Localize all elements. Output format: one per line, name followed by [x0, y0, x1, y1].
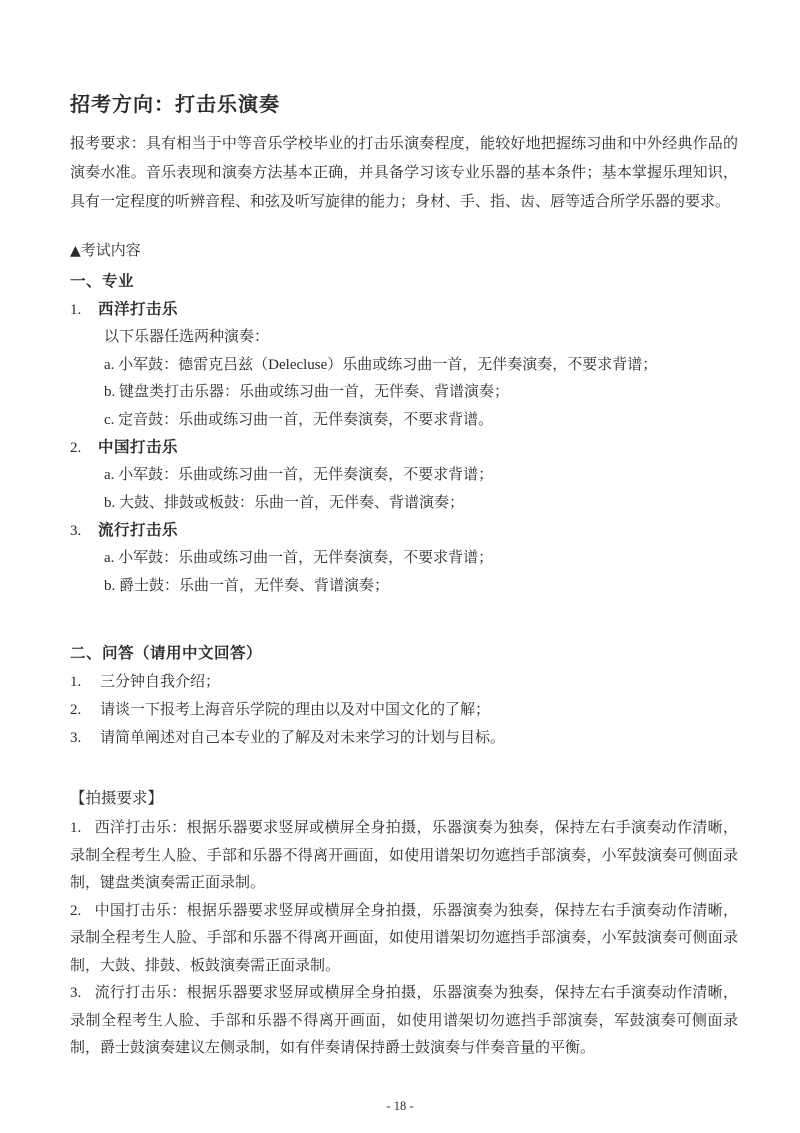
- subsection-title: 中国打击乐: [98, 439, 178, 456]
- exam-item: b. 大鼓、排鼓或板鼓：乐曲一首，无伴奏、背谱演奏；: [70, 490, 738, 518]
- qa-item: 3.请简单阐述对自己本专业的了解及对未来学习的计划与目标。: [70, 724, 738, 752]
- subsection-title: 西洋打击乐: [98, 301, 178, 318]
- qa-section-heading: 二、问答（请用中文回答）: [70, 639, 738, 668]
- shooting-requirements-heading: 【拍摄要求】: [70, 785, 738, 813]
- qa-item: 1.三分钟自我介绍；: [70, 668, 738, 696]
- paragraph-text: 流行打击乐：根据乐器要求竖屏或横屏全身拍摄，乐器演奏为独奏，保持左右手演奏动作清…: [70, 985, 738, 1056]
- subsection-pop-percussion: 3.流行打击乐 a. 小军鼓：乐曲或练习曲一首，无伴奏演奏，不要求背谱； b. …: [70, 517, 738, 600]
- subsection-number: 3.: [70, 517, 98, 545]
- subsection-heading: 2.中国打击乐: [70, 434, 738, 462]
- qa-item-number: 1.: [70, 668, 100, 696]
- subsection-number: 2.: [70, 434, 98, 462]
- exam-item: b. 键盘类打击乐器：乐曲或练习曲一首，无伴奏、背谱演奏；: [70, 379, 738, 407]
- shooting-paragraph-pop: 3.流行打击乐：根据乐器要求竖屏或横屏全身拍摄，乐器演奏为独奏，保持左右手演奏动…: [70, 980, 738, 1063]
- qa-item-number: 3.: [70, 724, 100, 752]
- paragraph-text: 中国打击乐：根据乐器要求竖屏或横屏全身拍摄，乐器演奏为独奏，保持左右手演奏动作清…: [70, 903, 738, 974]
- shooting-paragraph-chinese: 2.中国打击乐：根据乐器要求竖屏或横屏全身拍摄，乐器演奏为独奏，保持左右手演奏动…: [70, 898, 738, 981]
- paragraph-number: 3.: [70, 985, 81, 1001]
- subsection-chinese-percussion: 2.中国打击乐 a. 小军鼓：乐曲或练习曲一首，无伴奏演奏，不要求背谱； b. …: [70, 434, 738, 517]
- section-qa: 二、问答（请用中文回答） 1.三分钟自我介绍； 2.请谈一下报考上海音乐学院的理…: [70, 639, 738, 752]
- page-title: 招考方向：打击乐演奏: [70, 92, 738, 118]
- shooting-paragraph-western: 1.西洋打击乐：根据乐器要求竖屏或横屏全身拍摄，乐器演奏为独奏，保持左右手演奏动…: [70, 815, 738, 898]
- section-shooting-requirements: 【拍摄要求】 1.西洋打击乐：根据乐器要求竖屏或横屏全身拍摄，乐器演奏为独奏，保…: [70, 785, 738, 1063]
- admission-requirements-paragraph: 报考要求：具有相当于中等音乐学校毕业的打击乐演奏程度，能较好地把握练习曲和中外经…: [70, 130, 738, 217]
- qa-item-text: 三分钟自我介绍；: [100, 668, 220, 696]
- exam-item: a. 小军鼓：德雷克吕兹（Delecluse）乐曲或练习曲一首，无伴奏演奏，不要…: [70, 352, 738, 380]
- paragraph-text: 西洋打击乐：根据乐器要求竖屏或横屏全身拍摄，乐器演奏为独奏，保持左右手演奏动作清…: [70, 820, 738, 891]
- triangle-icon: ▲: [70, 243, 81, 259]
- exam-item: a. 小军鼓：乐曲或练习曲一首，无伴奏演奏，不要求背谱；: [70, 462, 738, 490]
- exam-item: a. 小军鼓：乐曲或练习曲一首，无伴奏演奏，不要求背谱；: [70, 545, 738, 573]
- qa-item-text: 请简单阐述对自己本专业的了解及对未来学习的计划与目标。: [100, 724, 505, 752]
- exam-item: c. 定音鼓：乐曲或练习曲一首，无伴奏演奏，不要求背谱。: [70, 407, 738, 435]
- instrument-choice-note: 以下乐器任选两种演奏：: [70, 324, 738, 352]
- subsection-western-percussion: 1.西洋打击乐 以下乐器任选两种演奏： a. 小军鼓：德雷克吕兹（Deleclu…: [70, 296, 738, 434]
- document-page: 招考方向：打击乐演奏 报考要求：具有相当于中等音乐学校毕业的打击乐演奏程度，能较…: [0, 0, 800, 1133]
- paragraph-number: 2.: [70, 903, 81, 919]
- subsection-heading: 1.西洋打击乐: [70, 296, 738, 324]
- qa-item: 2.请谈一下报考上海音乐学院的理由以及对中国文化的了解；: [70, 696, 738, 724]
- exam-content-marker: ▲考试内容: [70, 237, 738, 265]
- qa-item-text: 请谈一下报考上海音乐学院的理由以及对中国文化的了解；: [100, 696, 490, 724]
- qa-item-number: 2.: [70, 696, 100, 724]
- paragraph-number: 1.: [70, 820, 81, 836]
- exam-content-label: 考试内容: [81, 243, 141, 259]
- subsection-heading: 3.流行打击乐: [70, 517, 738, 545]
- subsection-number: 1.: [70, 296, 98, 324]
- subsection-title: 流行打击乐: [98, 522, 178, 539]
- page-number: - 18 -: [0, 1099, 800, 1114]
- exam-item: b. 爵士鼓：乐曲一首，无伴奏、背谱演奏；: [70, 573, 738, 601]
- section-major-heading: 一、专业: [70, 267, 738, 296]
